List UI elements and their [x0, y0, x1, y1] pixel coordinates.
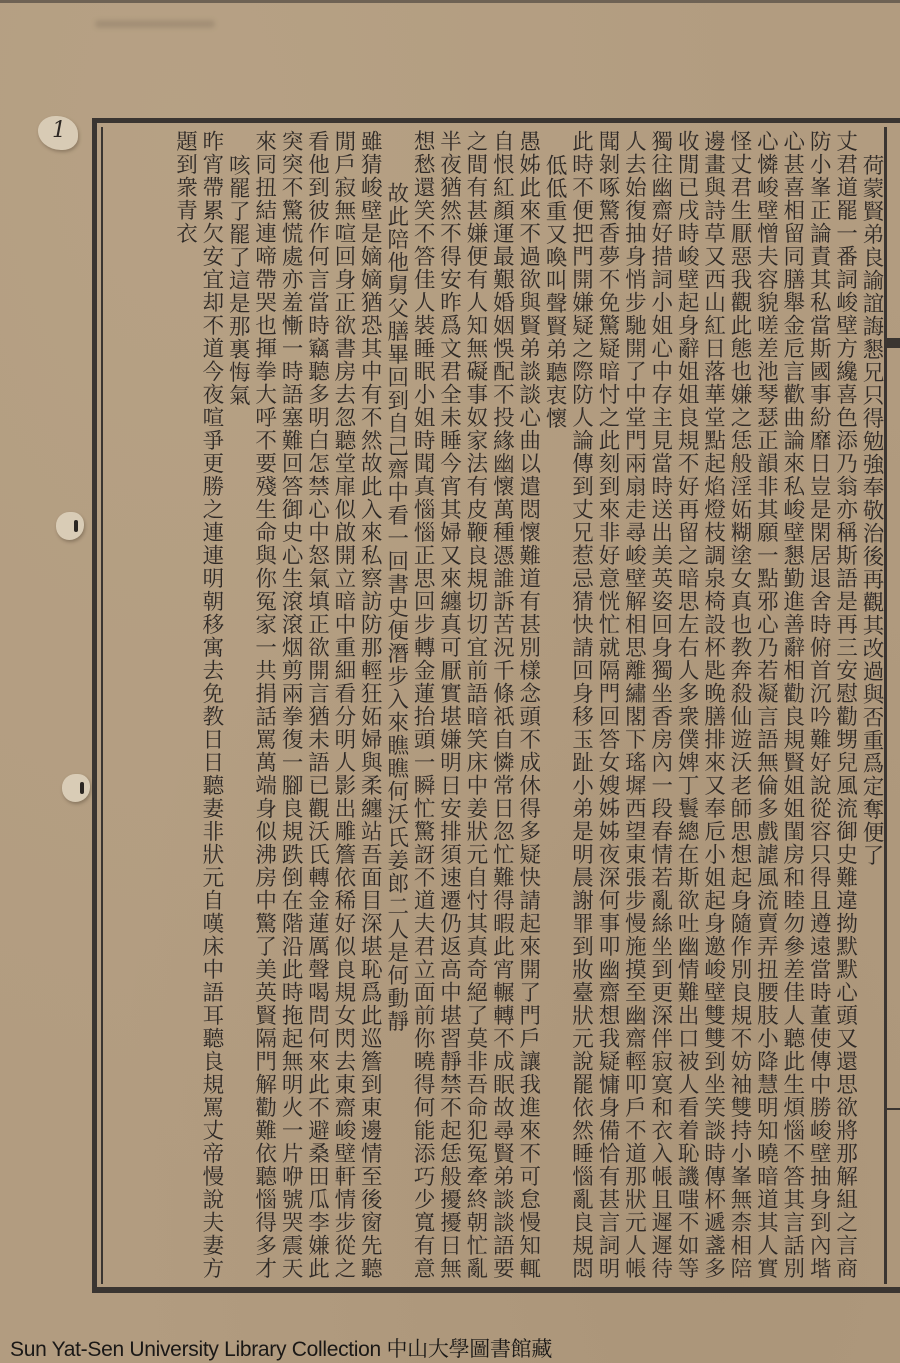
text-column: 心憐峻壁憎夫容貌嗟差池琴瑟正韻非其願一點邪心乃若凝言語無倫多戲謔風流賣弄扭腰肢小…	[752, 130, 778, 1280]
text-column: 防小峯正論責其私當斯國事紛靡日豈是閑居退舍時俯首沉吟難好說從容只得且遵遠當時董使…	[805, 130, 831, 1280]
block-heart-margin-strip	[887, 118, 900, 1293]
text-column: 怪丈君生厭惡我觀此態也嫌之恁般淫妬糊塗女真也教奔殺仙遊沃老師思想起身隨作別良規不…	[726, 130, 752, 1280]
text-column: 心甚喜相留同膳舉金卮言歡曲論來私峻壁懇勤進善辭相勸良規賢姐姐閨房和睦勿參差佳人聽…	[778, 130, 804, 1280]
text-column: 之間有甚嫌便有人知無礙事奴家法有皮鞭良規切切宜前語暗笑床中姜狀元自忖其真奇絕了莫…	[462, 130, 488, 1280]
text-column: 昨宵帶累欠安宜却不道今夜喧爭更勝之連連明朝移寓去免教日日聽妻非狀元自嘆床中語耳聽…	[197, 130, 223, 1280]
text-column: 荷蒙賢弟良諭誼誨懇兄只得勉強奉敬治後再觀其改過與否重爲定奪便了	[858, 130, 884, 1280]
text-column: 閒戶寂無喧回身正欲書房去忽聽堂扉似啟開立暗中重細看分明人影出雕簷依稀好似良規女閃…	[329, 130, 355, 1280]
text-column: 想愁還笑不答佳人裝睡眠小姐時聞真惱惱正思回步轉金蓮抬頭一瞬忙驚訝不道夫君立面前你…	[409, 130, 435, 1280]
main-text-body: 荷蒙賢弟良諭誼誨懇兄只得勉強奉敬治後再觀其改過與否重爲定奪便了 丈君道罷一番詞峻…	[104, 130, 884, 1280]
text-column: 丈君道罷一番詞峻壁方纔喜色添乃翁亦稱斯語是再三安慰勸甥兒風流御史難違拗默默心頭又…	[831, 130, 857, 1280]
text-column: 獨往幽齋好措詞小姐心中存主見當時送出美英姿回身獨坐香房內一段春情若亂絲坐到更深伴…	[646, 130, 672, 1280]
text-column: 人去始復抽身悄步馳開了中堂門兩扇走尋峻壁解相思離繡閣下瑤墀西望東張步慢施摸至幽齋…	[620, 130, 646, 1280]
text-column: 自恨紅顏運最艱婚姻悞配不投緣幽懷萬種憑誰訴苦況千條祇自憐常日忽忙難得暇此宵輾轉不…	[488, 130, 514, 1280]
text-column: 半夜猶然不得安昨爲文君全未睡今宵其婦又來纏真可厭實堪嫌明日安排須速遷仍返高中堪習…	[435, 130, 461, 1280]
text-column: 故此陪他舅父膳畢回到自己齋中看一回書史便潛步入來瞧瞧何沃氏姜郎二人是何動靜	[382, 130, 408, 1280]
text-column: 看他到彼作何言當時竊聽多明白怎禁心中怒氣填正欲開言猶未語已觀沃氏轉金蓮厲聲喝問何…	[303, 130, 329, 1280]
page-top-edge	[0, 0, 900, 3]
fishtail-block-mark	[887, 338, 900, 348]
text-column: 低低重又喚叫聲賢弟聽衷懷	[541, 130, 567, 1280]
text-column: 此時不便把門開嫌疑之際防人論傳到丈兄惹忌猜快請回身移玉趾小弟是明晨謝罪到妝臺狀元…	[567, 130, 593, 1280]
text-column: 雖猜峻壁是嫡嫡猶恐其中有不然故此入來私察訪防那輕狂妬婦與柔纏站吾面目深堪恥爲此巡…	[356, 130, 382, 1280]
paper-smudge	[95, 20, 215, 28]
binding-hole-icon	[62, 774, 90, 802]
text-column: 愚姊此來不過欲與賢弟談談心曲以遣悶懷難道有甚別樣念頭不成休得多疑快請起來開了門戶…	[514, 130, 540, 1280]
folio-number: 1	[52, 118, 66, 143]
text-column: 聞剝啄驚香夢不免驚疑暗忖之此刻到來非好意恍忙就隔門回答女嫂姊姊夜深何事叩幽齋想我…	[594, 130, 620, 1280]
text-column: 咳罷了罷了這是那裏悔氣	[224, 130, 250, 1280]
binding-hole-icon	[56, 512, 84, 540]
text-column: 突突不驚慌處亦羞慚一時語塞難回答御史心生滾滾烟剪兩拳復一腳良規跌倒在階沿此時拖起…	[277, 130, 303, 1280]
text-column: 邊畫與詩草又西山紅日落華堂點起焰燈枝調泉椅設杯匙晚膳排來又奉卮小姐起身邀峻壁雙雙…	[699, 130, 725, 1280]
text-column: 題到衆青衣	[171, 130, 197, 1280]
text-column: 收閒已戌時峻壁起身辭姐姐良規不好再留之暗思左右人多衆僕婢丁鬟總在斯欲吐幽情難出口…	[673, 130, 699, 1280]
margin-rule	[887, 1108, 900, 1110]
folio-number-tab: 1	[38, 116, 78, 150]
text-column: 來同扭結連啼帶哭也揮拳大呼不要殘生命與你冤家一共捐話罵萬端身似沸房中驚了美英賢隔…	[250, 130, 276, 1280]
collection-credit: Sun Yat-Sen University Library Collectio…	[10, 1333, 552, 1363]
